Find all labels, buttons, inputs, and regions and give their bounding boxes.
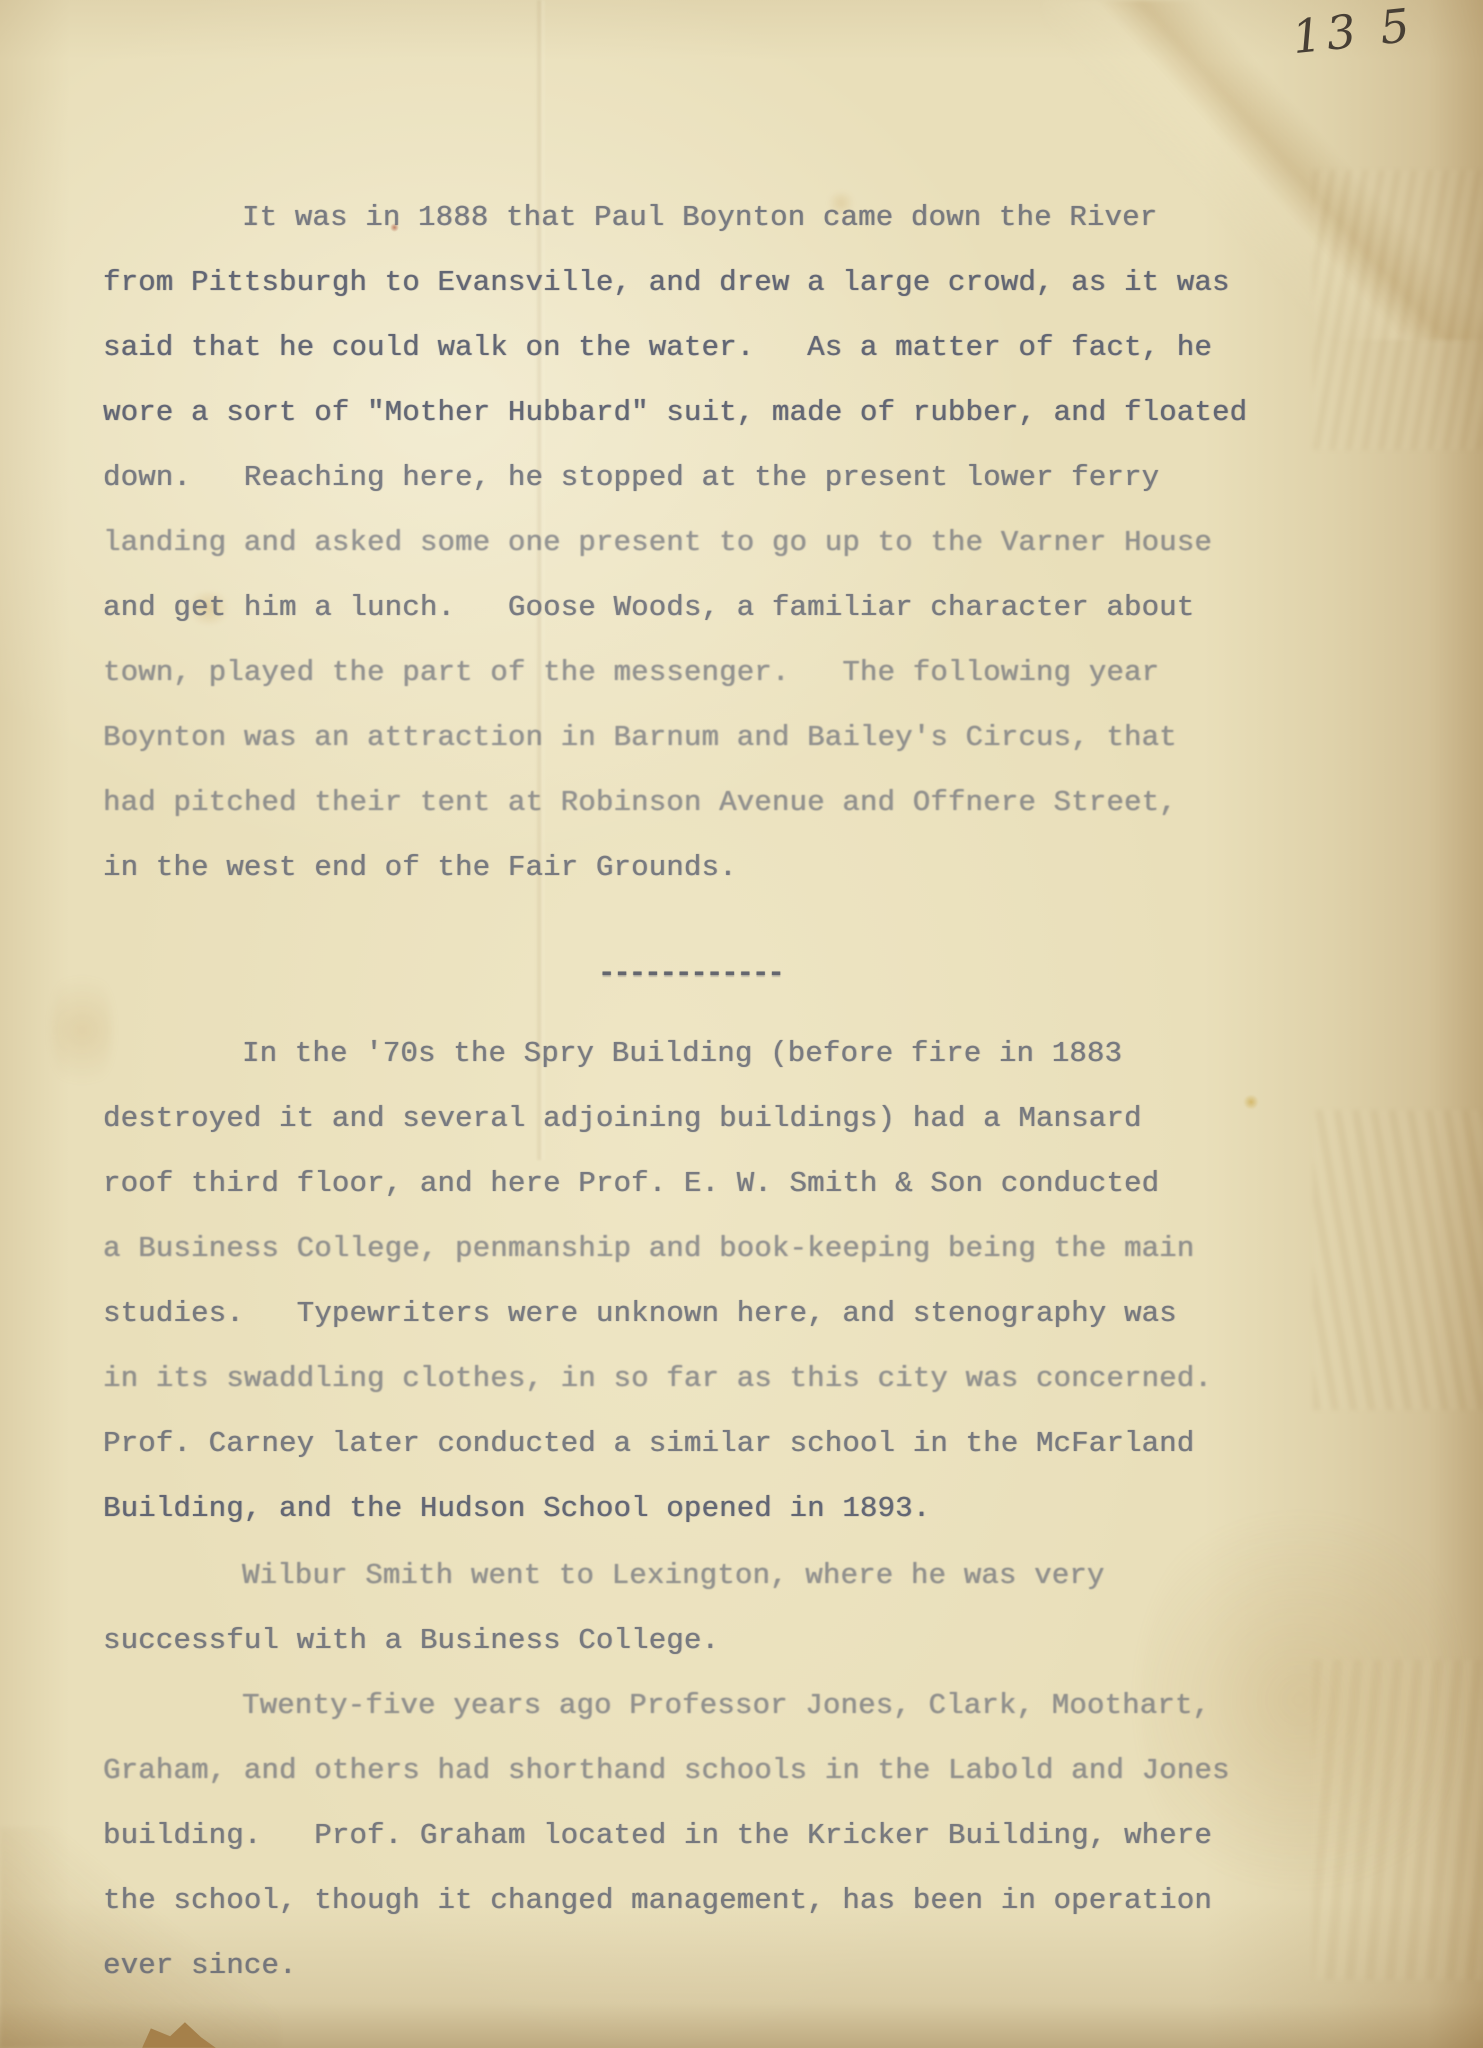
- text-line: had pitched their tent at Robinson Avenu…: [103, 770, 1423, 835]
- text-line: Prof. Carney later conducted a similar s…: [103, 1411, 1423, 1476]
- text-line: from Pittsburgh to Evansville, and drew …: [103, 250, 1423, 315]
- paragraph-wilbur-smith: Wilbur Smith went to Lexington, where he…: [103, 1543, 1423, 1673]
- text-line: In the '70s the Spry Building (before fi…: [103, 1021, 1423, 1086]
- text-line: successful with a Business College.: [103, 1608, 1423, 1673]
- paragraph-shorthand-schools: Twenty-five years ago Professor Jones, C…: [103, 1673, 1423, 1998]
- text-line: destroyed it and several adjoining build…: [103, 1086, 1423, 1151]
- text-line: Boynton was an attraction in Barnum and …: [103, 705, 1423, 770]
- text-line: a Business College, penmanship and book-…: [103, 1216, 1423, 1281]
- text-line: roof third floor, and here Prof. E. W. S…: [103, 1151, 1423, 1216]
- text-line: Twenty-five years ago Professor Jones, C…: [103, 1673, 1423, 1738]
- text-line: down. Reaching here, he stopped at the p…: [103, 445, 1423, 510]
- scanned-document-page: 13 5 It was in 1888 that Paul Boynton ca…: [0, 0, 1483, 2048]
- text-line: Building, and the Hudson School opened i…: [103, 1476, 1423, 1541]
- text-line: in its swaddling clothes, in so far as t…: [103, 1346, 1423, 1411]
- text-line: said that he could walk on the water. As…: [103, 315, 1423, 380]
- handwritten-page-number: 13 5: [1290, 0, 1455, 64]
- text-line: town, played the part of the messenger. …: [103, 640, 1423, 705]
- text-line: the school, though it changed management…: [103, 1868, 1423, 1933]
- section-divider: ------------: [598, 941, 783, 1006]
- paragraph-spry-building: In the '70s the Spry Building (before fi…: [103, 1021, 1423, 1541]
- text-line: ever since.: [103, 1933, 1423, 1998]
- text-line: in the west end of the Fair Grounds.: [103, 835, 1423, 900]
- paper-tear-bottom-edge: [142, 2020, 216, 2048]
- text-line: studies. Typewriters were unknown here, …: [103, 1281, 1423, 1346]
- text-line: Graham, and others had shorthand schools…: [103, 1738, 1423, 1803]
- paragraph-boynton: It was in 1888 that Paul Boynton came do…: [103, 185, 1423, 900]
- text-line: landing and asked some one present to go…: [103, 510, 1423, 575]
- text-line: and get him a lunch. Goose Woods, a fami…: [103, 575, 1423, 640]
- text-line: Wilbur Smith went to Lexington, where he…: [103, 1543, 1423, 1608]
- text-line: It was in 1888 that Paul Boynton came do…: [103, 185, 1423, 250]
- text-line: wore a sort of "Mother Hubbard" suit, ma…: [103, 380, 1423, 445]
- text-line: building. Prof. Graham located in the Kr…: [103, 1803, 1423, 1868]
